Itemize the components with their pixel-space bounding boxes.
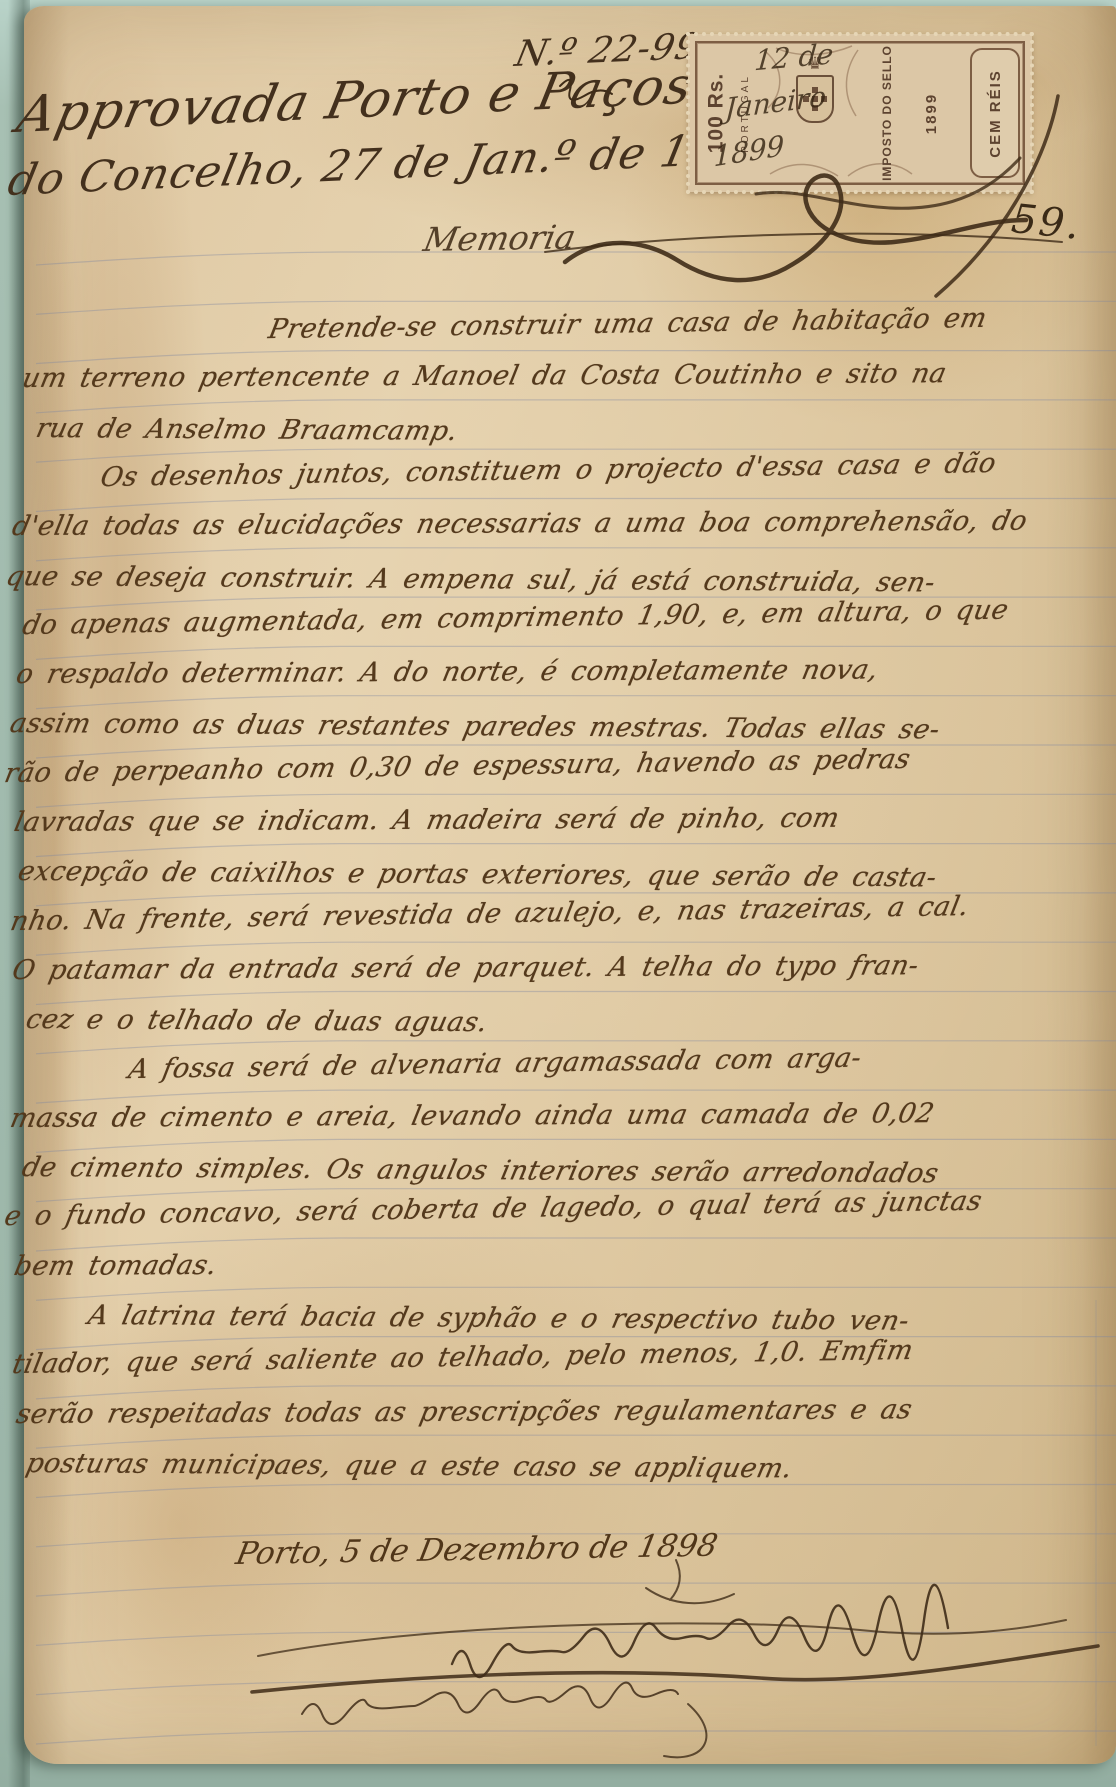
manuscript-line: A latrina terá bacia de syphão e o respe… bbox=[85, 1300, 912, 1337]
stamp-tax-label: IMPOSTO DO SELLO bbox=[860, 34, 914, 192]
manuscript-line: bem tomadas. bbox=[12, 1250, 220, 1282]
manuscript-line: serão respeitadas todas as prescripções … bbox=[14, 1394, 915, 1430]
stamp-year: 1899 bbox=[914, 34, 950, 192]
manuscript-line: d'ella todas as elucidações necessarias … bbox=[10, 506, 1031, 542]
stamp-value-right: CEM RÉIS bbox=[970, 48, 1020, 178]
manuscript-line: massa de cimento e areia, levando ainda … bbox=[8, 1098, 937, 1134]
page-number: 59. bbox=[1009, 196, 1083, 249]
manuscript-line: O patamar da entrada será de parquet. A … bbox=[10, 950, 922, 986]
manuscript-line: o respaldo determinar. A do norte, é com… bbox=[14, 655, 881, 691]
manuscript-line: um terreno pertencente a Manoel da Costa… bbox=[20, 358, 950, 394]
manuscript-line: de cimento simples. Os angulos interiore… bbox=[19, 1152, 941, 1189]
manuscript-line: que se deseja construir. A empena sul, j… bbox=[3, 561, 938, 598]
manuscript-line: posturas municipaes, que a este caso se … bbox=[23, 1448, 795, 1484]
manuscript-line: cez e o telhado de duas aguas. bbox=[23, 1004, 491, 1038]
manuscript-line: rua de Anselmo Braamcamp. bbox=[33, 413, 461, 447]
document-scan: N.º 22-99 Approvada Porto e Paços do Con… bbox=[0, 0, 1116, 1787]
memoria-label: Memoria bbox=[420, 217, 579, 259]
manuscript-line: lavradas que se indicam. A madeira será … bbox=[12, 803, 843, 838]
